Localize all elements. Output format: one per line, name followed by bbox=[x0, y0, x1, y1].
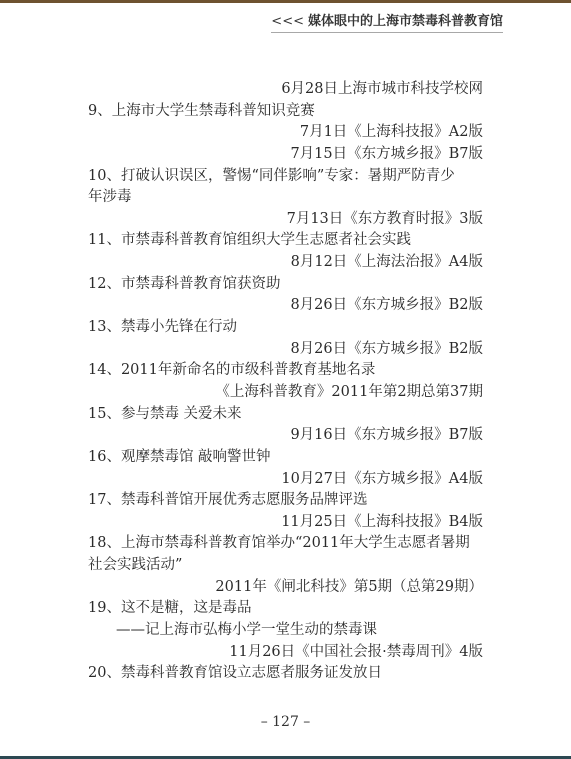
source-line: 8月26日《东方城乡报》B2版 bbox=[88, 295, 483, 317]
header-arrows: <<< bbox=[271, 14, 304, 29]
source-line: 10月27日《东方城乡报》A4版 bbox=[88, 469, 483, 491]
list-item: 13、禁毒小先锋在行动 bbox=[88, 317, 483, 339]
article-list: 6月28日上海市城市科技学校网 9、上海市大学生禁毒科普知识竞赛 7月1日《上海… bbox=[88, 79, 483, 685]
source-line: 7月13日《东方教育时报》3版 bbox=[88, 209, 483, 231]
source-line: 8月26日《东方城乡报》B2版 bbox=[88, 339, 483, 361]
source-line: 7月15日《东方城乡报》B7版 bbox=[88, 144, 483, 166]
page-number: – 127 – bbox=[0, 714, 571, 730]
source-line: 7月1日《上海科技报》A2版 bbox=[88, 122, 483, 144]
list-item-subtitle: ——记上海市弘梅小学一堂生动的禁毒课 bbox=[88, 620, 483, 642]
list-item: 11、市禁毒科普教育馆组织大学生志愿者社会实践 bbox=[88, 230, 483, 252]
source-line: 9月16日《东方城乡报》B7版 bbox=[88, 425, 483, 447]
list-item-continuation: 年涉毒 bbox=[88, 187, 483, 209]
list-item: 20、禁毒科普教育馆设立志愿者服务证发放日 bbox=[88, 663, 483, 685]
list-item: 19、这不是糖，这是毒品 bbox=[88, 598, 483, 620]
list-item: 14、2011年新命名的市级科普教育基地名录 bbox=[88, 360, 483, 382]
list-item: 16、观摩禁毒馆 敲响警世钟 bbox=[88, 447, 483, 469]
running-header: <<<媒体眼中的上海市禁毒科普教育馆 bbox=[271, 10, 503, 29]
list-item: 12、市禁毒科普教育馆获资助 bbox=[88, 274, 483, 296]
list-item: 18、上海市禁毒科普教育馆举办“2011年大学生志愿者暑期 bbox=[88, 533, 483, 555]
source-line: 6月28日上海市城市科技学校网 bbox=[88, 79, 483, 101]
list-item: 9、上海市大学生禁毒科普知识竞赛 bbox=[88, 101, 483, 123]
list-item: 15、参与禁毒 关爱未来 bbox=[88, 404, 483, 426]
header-rule bbox=[271, 32, 503, 33]
source-line: 11月25日《上海科技报》B4版 bbox=[88, 512, 483, 534]
source-line: 11月26日《中国社会报·禁毒周刊》4版 bbox=[88, 642, 483, 664]
source-line: 8月12日《上海法治报》A4版 bbox=[88, 252, 483, 274]
list-item: 10、打破认识误区，警惕“同伴影响”专家：暑期严防青少 bbox=[88, 166, 483, 188]
top-border bbox=[0, 0, 571, 3]
list-item-continuation: 社会实践活动” bbox=[88, 555, 483, 577]
source-line: 《上海科普教育》2011年第2期总第37期 bbox=[88, 382, 483, 404]
list-item: 17、禁毒科普馆开展优秀志愿服务品牌评选 bbox=[88, 490, 483, 512]
header-title: 媒体眼中的上海市禁毒科普教育馆 bbox=[308, 14, 503, 29]
source-line: 2011年《闸北科技》第5期（总第29期） bbox=[88, 577, 483, 599]
